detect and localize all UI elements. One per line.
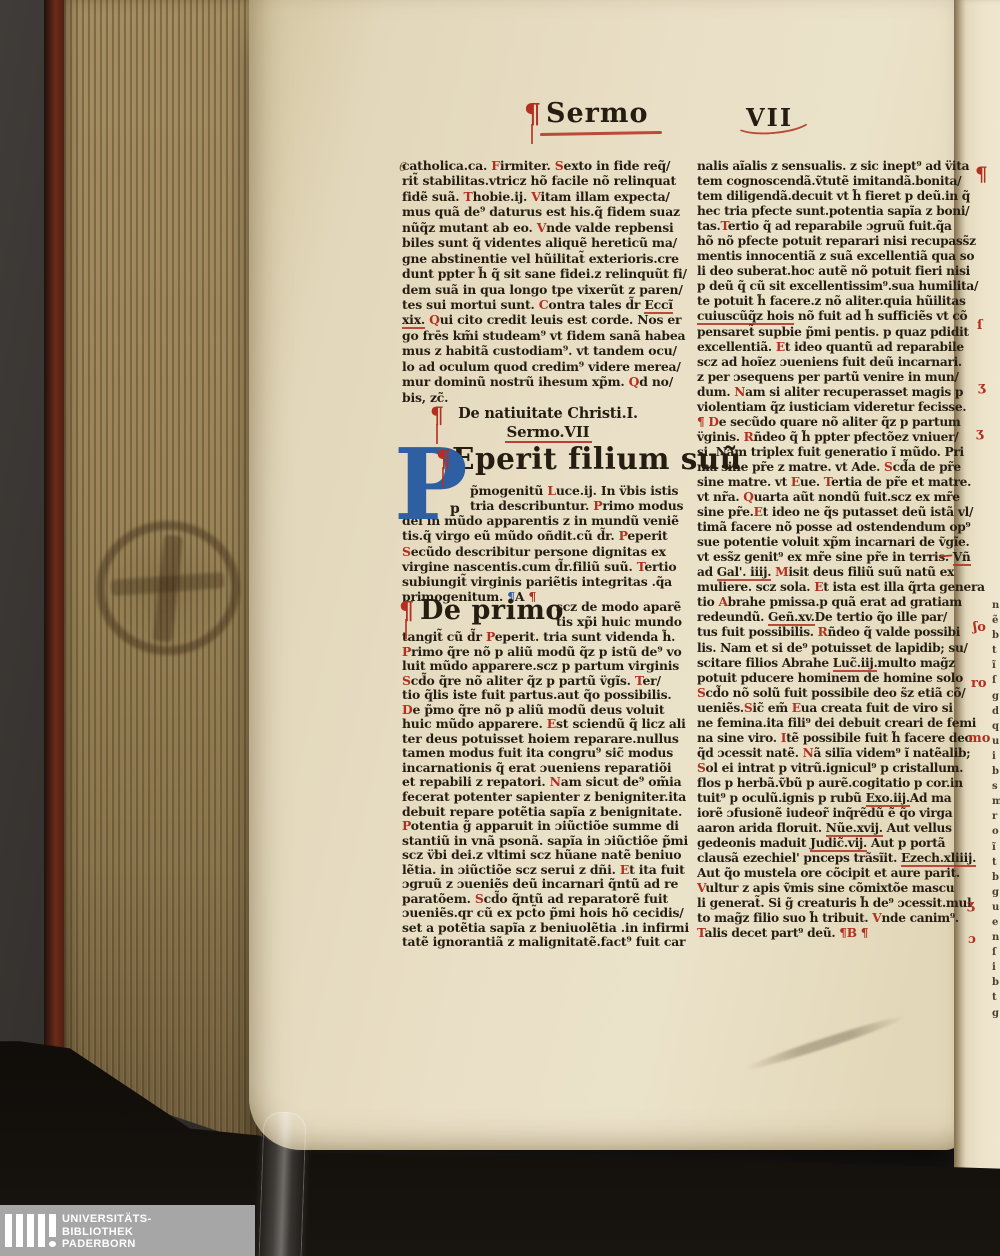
text-line: ʒ	[976, 426, 983, 441]
text-segment: Aut p portã	[867, 836, 945, 850]
text-line: sue potentie voluit xp̃m incarnari de ṽg…	[697, 535, 965, 550]
text-line: ma sine pr̃e z matre. vt Ade. Scd̃a de p…	[697, 460, 965, 475]
text-segment: Aut vellus	[883, 821, 952, 835]
logo-text: UNIVERSITÄTS- BIBLIOTHEK PADERBORN	[62, 1213, 152, 1251]
text-segment: ã silĩa videm⁹ ĩ natẽalib;	[813, 746, 970, 760]
rubricated-text: Q	[743, 490, 753, 504]
text-line: scitare filios Abrahe Luc̃.iij.multo mag…	[697, 656, 965, 671]
text-line: tes sui mortui sunt. Contra tales d̃r Ec…	[402, 297, 694, 312]
text-line: q̃d ɔcessit natẽ. Nã silĩa videm⁹ ĩ natẽ…	[697, 746, 965, 761]
rubricated-text: M	[775, 565, 788, 579]
text-line: xix. Qui cito credit leuis est corde. No…	[402, 312, 694, 327]
red-underlined-text: Gal'. iiij.	[717, 565, 771, 581]
text-line: mo	[968, 731, 990, 746]
text-segment: to mag̃z filio suo h̃ tribuit.	[697, 911, 872, 925]
rubricated-text: N	[803, 746, 814, 760]
text-line: na sine viro. Itẽ possibile fuit h̃ face…	[697, 731, 965, 746]
rubricated-text: P	[486, 629, 495, 644]
text-line: ɔueniẽs.qr cũ ex pct̃o p̃mi hois hõ ceci…	[402, 906, 694, 921]
text-line: te potuit h̃ facere.z nõ aliter.quia hũi…	[697, 294, 965, 309]
text-segment: er/	[642, 673, 660, 688]
text-segment: d no/	[639, 374, 673, 389]
text-line: excellentiã. Et ideo quantũ ad reparabil…	[697, 340, 965, 355]
book-photo: nẽbtĩſgdquibsmroĩtbguenſibtg ¶ Sermo VII…	[0, 0, 1000, 1256]
text-segment: ultur z apis ṽmis sine cõmixtõe mascu	[705, 881, 954, 895]
text-line: gedeonis maduit Judic̃.vij. Aut p portã	[697, 836, 965, 851]
text-segment: nõ fuit ad h̃ sufficiẽs vt cõ	[794, 309, 967, 323]
text-segment: clausã ezechiel' pnceps trãsĩit.	[697, 851, 901, 865]
text-segment: catholica.ca.	[402, 158, 491, 173]
text-segment: eperit. tria sunt videnda h̃.	[495, 629, 676, 644]
text-segment: p̃mogenitũ	[470, 483, 547, 498]
incipit-indented-lines: p̃mogenitũ Luce.ij. In v̈bis ististria d…	[470, 483, 696, 514]
text-line: Primo q̃re nõ p aliũ modũ q̃z p istũ de⁹…	[402, 645, 694, 660]
text-line: ¶	[975, 162, 988, 186]
text-segment: tria describuntur.	[470, 498, 593, 513]
text-line: iorẽ ɔfusionẽ iudeor̃ inq̃rẽdũ ẽ q̃o vir…	[697, 806, 965, 821]
text-segment: nũq̃z mutant ab eo.	[402, 220, 537, 235]
text-line: —	[937, 545, 954, 564]
text-segment: mur dominũ nostrũ ihesum xp̃m.	[402, 374, 629, 389]
rubricated-text: D	[708, 415, 718, 429]
red-underlined-text: Ezech.xliiij.	[901, 851, 976, 867]
rubricated-text: Q	[629, 374, 640, 389]
text-line: scz ad hoĩez ɔueniens fuit deũ incarnari…	[697, 355, 965, 370]
text-line: tangit̃ cũ d̃r Peperit. tria sunt vidend…	[402, 630, 694, 645]
text-line: Vultur z apis ṽmis sine cõmixtõe mascu	[697, 881, 965, 896]
text-segment: sine matre. vt	[697, 475, 791, 489]
text-segment: ñdeo q̃ valde possibi	[828, 625, 961, 639]
text-segment: nde valde repbensi	[546, 220, 673, 235]
text-line: tem cognoscendã.ṽtutẽ imitandã.bonita/	[697, 174, 965, 189]
text-line: Aut q̃o mustela ore cõcipit et aure pari…	[697, 866, 965, 881]
section-side-lines: scz de modo aparẽtis xp̃i huic mundo	[556, 599, 696, 630]
rubricated-text: ¶	[697, 415, 708, 429]
rubricated-text: V	[537, 220, 546, 235]
text-line: ro	[971, 676, 987, 691]
text-line: tria describuntur. Primo modus	[470, 498, 696, 513]
text-segment: ueniẽs.	[697, 701, 744, 715]
text-line: sine pr̃e.Et ideo ne q̃s putasset deũ is…	[697, 505, 965, 520]
text-line: go frēs km̃i studeam⁹ vt fidem sanã habe…	[402, 328, 694, 343]
text-line: Scd̃o nõ solũ fuit possibile deo s̃z eti…	[697, 686, 965, 701]
rubricated-text: S	[402, 673, 411, 688]
text-segment: muliere. scz sola.	[697, 580, 814, 594]
rubricated-text: T	[697, 926, 705, 940]
text-line: ad Gal'. iiij. Misit deus filiũ suũ natũ…	[697, 565, 965, 580]
text-line: aaron arida floruit. Nũe.xvij. Aut vellu…	[697, 821, 965, 836]
text-segment: ontra tales d̃r	[548, 297, 644, 312]
text-line: set a potẽtia sapĩa z beniuolẽtia .in in…	[402, 921, 694, 936]
red-underlined-text: xix.	[402, 312, 425, 329]
text-segment: cd̃o q̃ntũ ad reparatorẽ fuit	[484, 891, 668, 906]
rubricated-text: E	[620, 862, 629, 877]
text-line: luit mũdo apparere.scz p partum virginis	[402, 659, 694, 674]
text-segment: ñdeo q̃ h̃ ppter pfectõez vniuer/	[754, 430, 959, 444]
guide-letter: p	[450, 502, 460, 516]
text-segment: cd̃o nõ solũ fuit possibile deo s̃z etiã…	[706, 686, 966, 700]
text-line: dum. Nam si aliter recuperasset magis p	[697, 385, 965, 400]
text-line: tus fuit possibilis. Rñdeo q̃ valde poss…	[697, 625, 965, 640]
text-line: vt nr̃a. Quarta aũt nondũ fuit.scz ex mr…	[697, 490, 965, 505]
rubricated-text: R	[744, 430, 754, 444]
text-segment: tus fuit possibilis.	[697, 625, 818, 639]
text-segment: fidẽ suã.	[402, 189, 464, 204]
text-line: ʒ	[978, 380, 985, 395]
text-segment: De tertio q̃o ille par/	[815, 610, 947, 624]
red-underlined-text: Judic̃.vij.	[810, 836, 867, 852]
text-line: li deo suberat.hoc autẽ nõ potuit fieri …	[697, 264, 965, 279]
text-line: tio q̃lis iste fuit partus.aut q̃o possi…	[402, 688, 694, 703]
text-segment: isit deus filiũ suũ natũ ex	[788, 565, 954, 579]
red-underlined-text: Eccĩ	[644, 297, 672, 314]
text-segment: ma sine pr̃e z matre. vt Ade.	[697, 460, 884, 474]
rubricated-text: N	[550, 774, 561, 789]
rubricated-text: A	[718, 595, 727, 609]
text-segment: sine pr̃e.	[697, 505, 754, 519]
text-line: violentiam q̃z iusticiam videretur fecis…	[697, 400, 965, 415]
rubricated-text: E	[814, 580, 823, 594]
text-line: cuiuscũq̃z hois nõ fuit ad h̃ sufficiẽs …	[697, 309, 965, 324]
section-heading: De primo	[420, 595, 564, 626]
text-segment: huic mũdo apparere.	[402, 716, 547, 731]
rubricated-text: S	[555, 158, 564, 173]
text-line: pensaret̃ supbie p̃mi pentis. p quaz pdi…	[697, 325, 965, 340]
text-line: ɔgruũ z ɔueniẽs deũ incarnari q̃ntũ ad r…	[402, 877, 694, 892]
left-column-upper-text: catholica.ca. Firmiter. Sexto in fide re…	[402, 158, 694, 405]
header-paraph-mark: ¶	[524, 99, 541, 130]
text-line: catholica.ca. Firmiter. Sexto in fide re…	[402, 158, 694, 173]
text-segment: lẽtia. in ɔiũctiõe scz serui z dñi.	[402, 862, 620, 877]
text-segment: ue.	[800, 475, 824, 489]
text-segment: rimo modus	[602, 498, 683, 513]
initial-letter-P: P	[394, 428, 468, 543]
text-line: dem suã in qua longo tpe vixerũt z paren…	[402, 282, 694, 297]
text-segment: tio	[697, 595, 718, 609]
rubricated-text: F	[491, 158, 500, 173]
red-underlined-text: Exo.iij.	[866, 791, 910, 807]
rubricated-text: P	[402, 644, 411, 659]
text-segment: scitare filios Abrahe	[697, 656, 833, 670]
rubricated-text: R	[818, 625, 828, 639]
text-segment: irmiter.	[500, 158, 555, 173]
running-head-title: Sermo	[546, 98, 648, 129]
text-line: ter deus potuisset hoiem reparare.nullus	[402, 732, 694, 747]
text-segment: tes sui mortui sunt.	[402, 297, 539, 312]
logo-bar-dot	[49, 1241, 56, 1247]
text-segment: Ad ma	[910, 791, 952, 805]
text-line: scz v̈bi dei.z vltimi scz hũane natẽ ben…	[402, 848, 694, 863]
text-line: potuit pducere hominem de homine solo	[697, 671, 965, 686]
text-line: lo ad oculum quod credim⁹ videre merea/	[402, 359, 694, 374]
text-segment: vt nr̃a.	[697, 490, 743, 504]
text-line: z per ɔsequens per partũ venire in mun/	[697, 370, 965, 385]
page-holder-strip	[258, 1111, 306, 1256]
logo-bar	[16, 1214, 23, 1247]
text-segment: ad	[697, 565, 717, 579]
text-segment: virgine nascentis.cum d̃r.filiũ suũ.	[402, 559, 637, 574]
text-line: scz de modo aparẽ	[556, 599, 696, 614]
text-segment: alis decet part⁹ deũ.	[705, 926, 836, 940]
text-segment: e p̃mo q̃re nõ p aliũ modũ deus voluit	[413, 702, 665, 717]
text-line: ne femina.ita fili⁹ dei debuit creari de…	[697, 716, 965, 731]
text-segment: rimo q̃re nõ p aliũ modũ q̃z p istũ de⁹ …	[411, 644, 681, 659]
text-line: muliere. scz sola. Et ista est illa q̃rt…	[697, 580, 965, 595]
rubricated-text: P	[402, 818, 411, 833]
text-line: hõ nõ pfecte potuit reparari nisi recupa…	[697, 234, 965, 249]
text-line: huic mũdo apparere. Est sciendũ q̃ licz …	[402, 717, 694, 732]
text-segment: cd̃o q̃re nõ aliter q̃z p partũ v̈gĩs.	[411, 673, 635, 688]
rubricated-text: E	[547, 716, 556, 731]
chapter-heading: De natiuitate Christi.I.	[402, 405, 694, 422]
text-line: mentis innocentiã z suã excellentiã qua …	[697, 249, 965, 264]
text-segment: t ideo ne q̃s putasset deũ istã vl/	[763, 505, 974, 519]
text-segment: q̃d ɔcessit natẽ.	[697, 746, 803, 760]
rubricated-text: T	[464, 189, 473, 204]
text-line: stantiũ in vnã psonã. sapĩa in ɔiũctiõe …	[402, 834, 694, 849]
rubricated-text: C	[539, 297, 549, 312]
text-segment: et repabili z repatori.	[402, 774, 550, 789]
text-segment: vt ess̃z genit⁹ ex mr̃e sine pr̃e in ter…	[697, 550, 953, 564]
red-underlined-text: Geñ.xv.	[768, 610, 815, 626]
text-line: hec tria pfecte sunt.potentia sapĩa z bo…	[697, 204, 965, 219]
text-segment: na sine viro.	[697, 731, 781, 745]
text-segment: tuit⁹ p oculũ.ignis p rubũ	[697, 791, 866, 805]
rubricated-text: S	[475, 891, 484, 906]
text-line: fecerat potenter sapienter z benigniter.…	[402, 790, 694, 805]
text-segment: redeundũ.	[697, 610, 768, 624]
text-line: mur dominũ nostrũ ihesum xp̃m. Qd no/	[402, 374, 694, 389]
text-segment: ertio q̃ ad reparabile ɔgruũ fuit.q̃a	[728, 219, 952, 233]
right-column-text: nalis aĩalis z sensualis. z sic inept⁹ a…	[697, 159, 965, 941]
text-line: tio Abrahe pmissa.p quã erat ad gratiam	[697, 595, 965, 610]
rubricated-text: E	[754, 505, 763, 519]
text-line: gne abstinentie vel hũilitat̃ exterioris…	[402, 251, 694, 266]
text-line: bis, zc̃.	[402, 390, 694, 405]
text-segment: ui cito credit leuis est corde. Nos er	[440, 312, 682, 327]
red-underlined-text: Vñ	[953, 550, 971, 566]
text-line: tuit⁹ p oculũ.ignis p rubũ Exo.iij.Ad ma	[697, 791, 965, 806]
sermon-heading-text: Sermo.VII	[505, 423, 592, 443]
text-segment: ua creata fuit de viro si	[801, 701, 953, 715]
incipit-paraph-mark: ¶	[436, 444, 451, 473]
text-segment: am sicut de⁹ om̃ia	[561, 774, 682, 789]
logo-bar	[27, 1214, 34, 1247]
text-line: De p̃mo q̃re nõ p aliũ modũ deus voluit	[402, 703, 694, 718]
rubricated-text: P	[593, 498, 602, 513]
facing-page-text-sliver: nẽbtĩſgdquibsmroĩtbguenſibtg	[992, 598, 1000, 1021]
text-segment: st sciendũ q̃ licz ali	[556, 716, 686, 731]
text-line: dunt ppter h̃ q̃ sit sane fidei.z relinq…	[402, 266, 694, 281]
chapter-paraph-mark: ¶	[430, 403, 444, 429]
text-segment: eperit	[627, 528, 667, 543]
text-segment: t ita fuit	[629, 862, 685, 877]
red-underlined-text: Nũe.xvij.	[826, 821, 883, 837]
text-line: tamen modus fuit ita congru⁹ sic̃ modus	[402, 746, 694, 761]
text-line: rit̃ stabilitas.vtricz hõ facile nõ reli…	[402, 173, 694, 188]
logo-text-line3: PADERBORN	[62, 1238, 152, 1251]
text-line: Talis decet part⁹ deũ. ¶B ¶	[697, 926, 965, 941]
text-segment: cd̃a de pr̃e	[893, 460, 961, 474]
text-line: p̃mogenitũ Luce.ij. In v̈bis istis	[470, 483, 696, 498]
logo-bar-exclamation	[49, 1214, 56, 1237]
text-line: ʒ	[967, 898, 974, 913]
rubricated-text: S	[697, 761, 706, 775]
text-segment: am si aliter recuperasset magis p	[745, 385, 963, 399]
text-line: ʃo	[973, 620, 986, 635]
text-line: tatẽ ignorantiã z malignitatẽ.fact⁹ fuit…	[402, 935, 694, 950]
text-line: p deũ q̃ cũ sit excellentissim⁹.sua humi…	[697, 279, 965, 294]
rubricated-text: N	[734, 385, 745, 399]
text-line: nalis aĩalis z sensualis. z sic inept⁹ a…	[697, 159, 965, 174]
text-line: v̈ginis. Rñdeo q̃ h̃ ppter pfectõez vniu…	[697, 430, 965, 445]
text-line: mus quã de⁹ daturus est his.q̃ fidem sua…	[402, 204, 694, 219]
text-segment: t ideo quantũ ad reparabile	[785, 340, 964, 354]
text-segment: e secũdo quare nõ aliter q̃z p partum	[719, 415, 961, 429]
library-stamp	[96, 521, 240, 655]
rubricated-text: ¶B	[839, 926, 856, 940]
text-line: timã facere nõ posse ad ostendendum op⁹	[697, 520, 965, 535]
text-line: ſ	[977, 318, 983, 333]
text-line: ¶ De secũdo quare nõ aliter q̃z p partum	[697, 415, 965, 430]
logo-bar	[5, 1214, 12, 1247]
text-line: et repabili z repatori. Nam sicut de⁹ om…	[402, 775, 694, 790]
text-segment: ertia de pr̃e et matre.	[831, 475, 971, 489]
red-underlined-text: Luc̃.iij.	[833, 656, 878, 672]
text-segment: paratõem.	[402, 891, 475, 906]
text-segment: exto in fide req̃/	[564, 158, 671, 173]
text-segment: aaron arida floruit.	[697, 821, 826, 835]
text-segment: excellentiã.	[697, 340, 776, 354]
text-segment: ic̃ em̃	[752, 701, 791, 715]
text-segment: nde canim⁹.	[881, 911, 958, 925]
text-segment: dum.	[697, 385, 734, 399]
text-line: Scd̃o q̃re nõ aliter q̃z p partũ v̈gĩs. …	[402, 674, 694, 689]
text-line: flos p herbã.ṽbũ p aurẽ.cogitatio p cor.…	[697, 776, 965, 791]
text-segment: uce.ij. In v̈bis istis	[556, 483, 678, 498]
text-line: biles sunt q̃ videntes aliquẽ hereticũ m…	[402, 235, 694, 250]
text-segment: t ista est illa q̃rta genera	[823, 580, 984, 594]
rubricated-text: E	[792, 701, 801, 715]
text-line: sine matre. vt Eue. Tertia de pr̃e et ma…	[697, 475, 965, 490]
left-column-section-text: tangit̃ cũ d̃r Peperit. tria sunt vidend…	[402, 630, 694, 950]
rubricated-text: ¶	[857, 926, 868, 940]
logo-text-line2: BIBLIOTHEK	[62, 1226, 152, 1239]
text-line: fidẽ suã. Thobie.ij. Vitam illam expecta…	[402, 189, 694, 204]
lombard-initial: P p	[394, 436, 466, 548]
text-line: Sol ei intrat p vitrũ.ignicul⁹ p cristal…	[697, 761, 965, 776]
rubricated-text: L	[547, 483, 556, 498]
text-line: tem diligendã.decuit vt h̃ fieret p deũ.…	[697, 189, 965, 204]
text-line: tas.Tertio q̃ ad reparabile ɔgruũ fuit.q…	[697, 219, 965, 234]
text-line: vt ess̃z genit⁹ ex mr̃e sine pr̃e in ter…	[697, 550, 965, 565]
text-segment: ol ei intrat p vitrũ.ignicul⁹ p cristall…	[706, 761, 964, 775]
text-line: nũq̃z mutant ab eo. Vnde valde repbensi	[402, 220, 694, 235]
section-paraph-mark: ¶	[399, 596, 414, 625]
library-logo: UNIVERSITÄTS- BIBLIOTHEK PADERBORN	[0, 1205, 255, 1256]
text-line: clausã ezechiel' pnceps trãsĩit. Ezech.x…	[697, 851, 965, 866]
text-segment: tas.	[697, 219, 720, 233]
text-line: redeundũ. Geñ.xv.De tertio q̃o ille par/	[697, 610, 965, 625]
text-segment: multo mag̃z	[877, 656, 955, 670]
text-segment: tangit̃ cũ d̃r	[402, 629, 486, 644]
text-line: mus z habitã custodiam⁹. vt tandem ocu/	[402, 343, 694, 358]
logo-bar	[38, 1214, 45, 1247]
text-segment: itam illam expecta/	[540, 189, 669, 204]
text-line: lis. Nam et si de⁹ potuisset de lapidib;…	[697, 641, 965, 656]
text-line: ueniẽs.Sic̃ em̃ Eua creata fuit de viro …	[697, 701, 965, 716]
text-line: subiungit̃ virginis pariẽtis integritas …	[402, 574, 694, 589]
text-line: debuit repare potẽtia sapĩa z benignitat…	[402, 805, 694, 820]
red-underlined-text: cuiuscũq̃z hois	[697, 309, 794, 325]
rubricated-text: E	[776, 340, 785, 354]
text-line: virgine nascentis.cum d̃r.filiũ suũ. Ter…	[402, 559, 694, 574]
text-line: incarnationis q̃ erat ɔueniens reparatiõ…	[402, 761, 694, 776]
text-line: li generat̃. Si g̃ creaturis h̃ de⁹ ɔces…	[697, 896, 965, 911]
text-segment: uarta aũt nondũ fuit.scz ex mr̃e	[754, 490, 960, 504]
text-segment: gedeonis maduit	[697, 836, 810, 850]
text-segment: tẽ possibile fuit h̃ facere deo	[786, 731, 972, 745]
rubricated-text: T	[720, 219, 727, 233]
text-line: Potentia g̃ apparuit in ɔiũctiõe summe d…	[402, 819, 694, 834]
rubricated-text: E	[791, 475, 800, 489]
text-segment: brahe pmissa.p quã erat ad gratiam	[728, 595, 962, 609]
rubricated-text: S	[697, 686, 706, 700]
rubricated-text: D	[402, 702, 413, 717]
text-segment: v̈ginis.	[697, 430, 744, 444]
text-segment: hobie.ij.	[473, 189, 532, 204]
rubricated-text: Q	[429, 312, 440, 327]
text-line: si. Nam triplex fuit generatio ĩ mũdo. P…	[697, 445, 965, 460]
text-line: lẽtia. in ɔiũctiõe scz serui z dñi. Et i…	[402, 863, 694, 878]
text-line: to mag̃z filio suo h̃ tribuit. Vnde cani…	[697, 911, 965, 926]
rubricated-text: S	[884, 460, 893, 474]
text-line: ɔ	[968, 932, 976, 947]
text-line: tis xp̃i huic mundo	[556, 614, 696, 629]
text-segment: otentia g̃ apparuit in ɔiũctiõe summe di	[411, 818, 679, 833]
logo-text-line1: UNIVERSITÄTS-	[62, 1213, 152, 1226]
text-segment: ertio	[644, 559, 676, 574]
